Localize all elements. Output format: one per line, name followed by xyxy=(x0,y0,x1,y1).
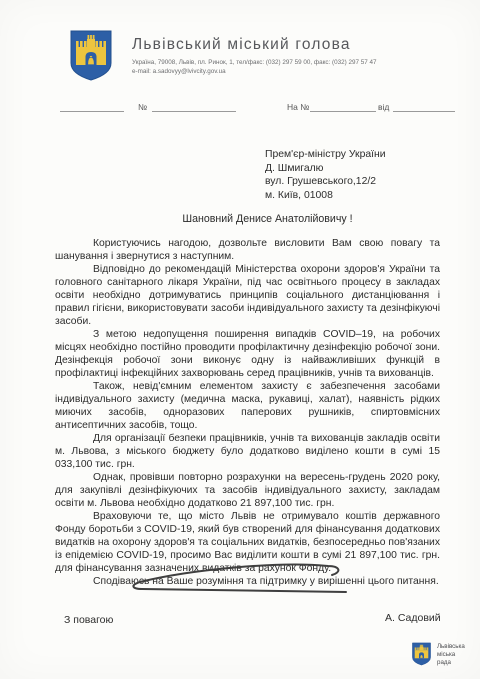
addressee-block: Прем'єр-міністру України Д. Шмигалю вул.… xyxy=(265,148,386,202)
footer-stamp: Львівська міська рада xyxy=(412,641,465,667)
letterhead: Львівський міський голова Україна, 79008… xyxy=(70,30,460,81)
addressee-street: вул. Грушевського,12/2 xyxy=(265,175,386,189)
paragraph: Відповідно до рекомендацій Міністерства … xyxy=(55,263,440,328)
org-address: Україна, 79008, Львів, пл. Ринок, 1, тел… xyxy=(132,59,377,68)
reply-number-blank xyxy=(310,100,376,112)
stamp-line: Львівська xyxy=(437,643,465,651)
reference-line: № На № від xyxy=(60,100,455,114)
signer-name: А. Садовий xyxy=(385,612,441,624)
reply-number-label: На № xyxy=(287,102,309,112)
stamp-line: рада xyxy=(437,659,465,667)
paragraph: Для організації безпеки працівників, учн… xyxy=(55,432,440,471)
letter-page: Львівський міський голова Україна, 79008… xyxy=(0,0,480,679)
salutation: Шановний Денисе Анатолійовичу ! xyxy=(75,213,460,225)
addressee-city: м. Київ, 01008 xyxy=(265,189,386,203)
reply-date-blank xyxy=(393,100,455,112)
paragraph: З метою недопущення поширення випадків C… xyxy=(55,328,440,380)
paragraph: Користуючись нагодою, дозвольте висловит… xyxy=(55,237,440,263)
org-email: e-mail: a.sadovyy@lvivcity.gov.ua xyxy=(132,68,377,77)
paragraph: Також, невід'ємним елементом захисту є з… xyxy=(55,380,440,432)
number-blank xyxy=(152,100,236,112)
reply-date-label: від xyxy=(378,102,389,112)
org-title: Львівський міський голова xyxy=(132,36,377,54)
org-contact: Україна, 79008, Львів, пл. Ринок, 1, тел… xyxy=(132,59,377,76)
addressee-name: Д. Шмигалю xyxy=(265,162,386,176)
number-label: № xyxy=(138,102,147,112)
stamp-line: міська xyxy=(437,651,465,659)
paragraph: Однак, провівши повторно розрахунки на в… xyxy=(55,471,440,510)
date-blank xyxy=(60,100,124,112)
letter-body: Користуючись нагодою, дозвольте висловит… xyxy=(55,237,440,588)
letterhead-text: Львівський міський голова Україна, 79008… xyxy=(132,30,377,76)
addressee-position: Прем'єр-міністру України xyxy=(265,148,386,162)
closing-regards: З повагою xyxy=(64,614,113,626)
handwritten-signature xyxy=(128,562,354,600)
lviv-city-council-crest-icon xyxy=(412,641,431,667)
footer-stamp-text: Львівська міська рада xyxy=(437,641,465,666)
lviv-coat-of-arms-icon xyxy=(70,30,112,81)
